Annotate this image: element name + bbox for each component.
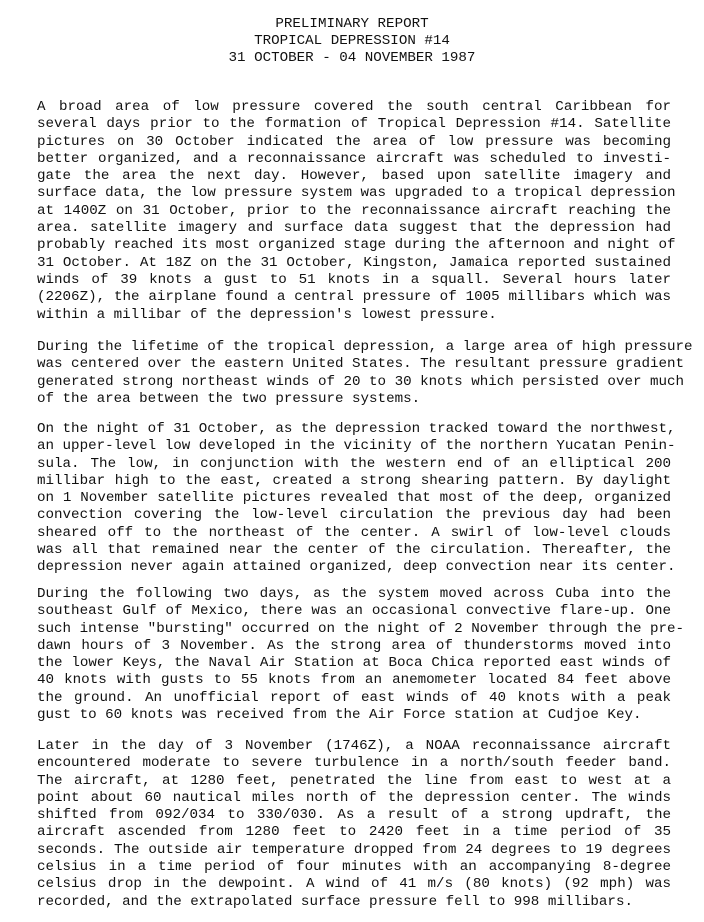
text-line: encountered moderate to severe turbulenc… bbox=[37, 755, 671, 772]
date-range: 31 OCTOBER - 04 NOVEMBER 1987 bbox=[0, 50, 704, 67]
text-line: such intense "bursting" occurred on the … bbox=[37, 621, 671, 638]
text-line: depression never again attained organize… bbox=[37, 559, 671, 576]
text-line: point about 60 nautical miles north of t… bbox=[37, 790, 671, 807]
paragraph-upper-level-low: On the night of 31 October, as the depre… bbox=[37, 421, 671, 577]
text-line: gate the area the next day. However, bas… bbox=[37, 168, 671, 185]
paragraph-bursting: During the following two days, as the sy… bbox=[37, 586, 671, 724]
text-line: at 1400Z on 31 October, prior to the rec… bbox=[37, 203, 671, 220]
text-line: within a millibar of the depression's lo… bbox=[37, 307, 671, 324]
text-line: During the following two days, as the sy… bbox=[37, 586, 671, 603]
text-line: aircraft ascended from 1280 feet to 2420… bbox=[37, 824, 671, 841]
text-line: (2206Z), the airplane found a central pr… bbox=[37, 289, 671, 306]
text-line: 31 October. At 18Z on the 31 October, Ki… bbox=[37, 255, 671, 272]
text-line: sheared off to the northeast of the cent… bbox=[37, 525, 671, 542]
text-line: gust to 60 knots was received from the A… bbox=[37, 707, 671, 724]
text-line: seconds. The outside air temperature dro… bbox=[37, 842, 671, 859]
paragraph-formation: A broad area of low pressure covered the… bbox=[37, 99, 671, 324]
text-line: the ground. An unofficial report of east… bbox=[37, 690, 671, 707]
text-line: Later in the day of 3 November (1746Z), … bbox=[37, 738, 671, 755]
storm-name: TROPICAL DEPRESSION #14 bbox=[0, 33, 704, 50]
text-line: southeast Gulf of Mexico, there was an o… bbox=[37, 603, 671, 620]
text-line: the lower Keys, the Naval Air Station at… bbox=[37, 655, 671, 672]
text-line: an upper-level low developed in the vici… bbox=[37, 438, 671, 455]
text-line: area. satellite imagery and surface data… bbox=[37, 220, 671, 237]
text-line: winds of 39 knots a gust to 51 knots in … bbox=[37, 272, 671, 289]
text-line: probably reached its most organized stag… bbox=[37, 237, 671, 254]
text-line: celsius in a time period of four minutes… bbox=[37, 859, 671, 876]
text-line: convection covering the low-level circul… bbox=[37, 507, 671, 524]
text-line: was centered over the eastern United Sta… bbox=[37, 356, 671, 373]
text-line: The aircraft, at 1280 feet, penetrated t… bbox=[37, 773, 671, 790]
report-header: PRELIMINARY REPORT TROPICAL DEPRESSION #… bbox=[0, 16, 704, 67]
document-page: PRELIMINARY REPORT TROPICAL DEPRESSION #… bbox=[0, 0, 704, 922]
text-line: of the area between the two pressure sys… bbox=[37, 391, 671, 408]
paragraph-high-pressure: During the lifetime of the tropical depr… bbox=[37, 339, 671, 408]
report-title: PRELIMINARY REPORT bbox=[0, 16, 704, 33]
text-line: dawn hours of 3 November. As the strong … bbox=[37, 638, 671, 655]
text-line: pictures on 30 October indicated the are… bbox=[37, 134, 671, 151]
paragraph-recon-aircraft: Later in the day of 3 November (1746Z), … bbox=[37, 738, 671, 911]
text-line: celsius drop in the dewpoint. A wind of … bbox=[37, 876, 671, 893]
text-line: 40 knots with gusts to 55 knots from an … bbox=[37, 672, 671, 689]
text-line: was all that remained near the center of… bbox=[37, 542, 671, 559]
text-line: During the lifetime of the tropical depr… bbox=[37, 339, 671, 356]
text-line: better organized, and a reconnaissance a… bbox=[37, 151, 671, 168]
text-line: surface data, the low pressure system wa… bbox=[37, 185, 671, 202]
text-line: generated strong northeast winds of 20 t… bbox=[37, 374, 671, 391]
text-line: A broad area of low pressure covered the… bbox=[37, 99, 671, 116]
text-line: several days prior to the formation of T… bbox=[37, 116, 671, 133]
text-line: shifted from 092/034 to 330/030. As a re… bbox=[37, 807, 671, 824]
text-line: on 1 November satellite pictures reveale… bbox=[37, 490, 671, 507]
text-line: recorded, and the extrapolated surface p… bbox=[37, 894, 671, 911]
text-line: sula. The low, in conjunction with the w… bbox=[37, 456, 671, 473]
text-line: On the night of 31 October, as the depre… bbox=[37, 421, 671, 438]
text-line: millibar high to the east, created a str… bbox=[37, 473, 671, 490]
